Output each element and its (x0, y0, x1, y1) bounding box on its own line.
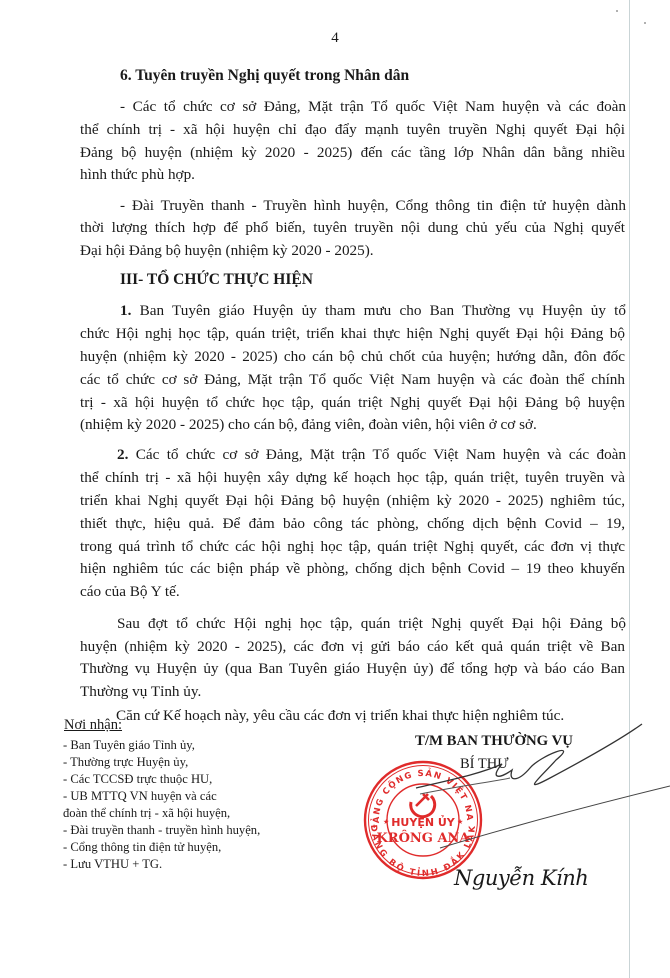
recipient-item: đoàn thể chính trị - xã hội huyện, (63, 805, 230, 822)
item-1-first-line: 1. Ban Tuyên giáo Huyện ủy tham mưu cho … (120, 301, 626, 321)
recipient-item: - Đài truyền thanh - truyền hình huyện, (63, 822, 260, 839)
signature-on-behalf: T/M BAN THƯỜNG VỤ (415, 733, 573, 750)
text-line: - Đài Truyền thanh - Truyền hình huyện, … (120, 196, 626, 216)
text-line: chức Hội nghị học tập, quán triệt, triển… (80, 324, 625, 344)
signer-name: Nguyễn Kính (454, 866, 588, 890)
item-2-first-line: 2. Các tổ chức cơ sở Đảng, Mặt trận Tổ q… (117, 445, 626, 465)
stamp-center-line1: HUYỆN ỦY (391, 815, 456, 829)
text-line: hình thức phù hợp. (80, 165, 625, 185)
text-line: hiện nghiêm túc các biện pháp về phòng, … (80, 559, 625, 579)
text-line: các tổ chức cơ sở Đảng, Mặt trận Tổ quốc… (80, 370, 625, 390)
text-line: Thường vụ Huyện ủy (qua Ban Tuyên giáo H… (80, 659, 625, 679)
text-line: (nhiệm kỳ 2020 - 2025) cho cán bộ, đảng … (80, 415, 625, 435)
svg-text:★: ★ (457, 818, 463, 826)
text-line: triển khai Nghị quyết Đại hội Đảng bộ hu… (80, 491, 625, 511)
document-page: 4 6. Tuyên truyền Nghị quyết trong Nhân … (0, 0, 670, 978)
recipient-item: - UB MTTQ VN huyện và các (63, 788, 217, 805)
recipient-item: - Thường trực Huyện ủy, (63, 754, 188, 771)
text-line: - Các tổ chức cơ sở Đảng, Mặt trận Tổ qu… (120, 97, 626, 117)
text-line: Sau đợt tổ chức Hội nghị học tập, quán t… (117, 614, 626, 634)
recipients-title: Nơi nhận: (64, 717, 122, 734)
recipient-item: - Cổng thông tin điện tử huyện, (63, 839, 221, 856)
recipient-item: - Lưu VTHU + TG. (63, 856, 162, 873)
page-edge-line (629, 0, 630, 978)
text-line: trong quá trình tổ chức các hội nghị học… (80, 537, 625, 557)
recipient-item: - Các TCCSĐ trực thuộc HU, (63, 771, 212, 788)
text-line: cáo của Bộ Y tế. (80, 582, 625, 602)
item-2-number: 2. (117, 446, 128, 463)
scan-speck (616, 10, 618, 12)
text-line: Thường vụ Tỉnh ủy. (80, 682, 625, 702)
text-line: thiết thực, hiệu quả. Để đảm bảo công tá… (80, 514, 625, 534)
text-line: Đại hội Đảng bộ huyện (nhiệm kỳ 2020 - 2… (80, 241, 625, 261)
scan-speck (644, 22, 646, 24)
item-1-number: 1. (120, 302, 131, 319)
closing-line: Căn cứ Kế hoạch này, yêu cầu các đơn vị … (116, 706, 626, 726)
text-line: huyện (nhiệm kỳ 2020 - 2025) cho cán bộ … (80, 347, 625, 367)
recipient-item: - Ban Tuyên giáo Tỉnh ủy, (63, 737, 195, 754)
text-line: trị - xã hội huyện tổ chức học tập, quán… (80, 393, 625, 413)
text-line: thể chính trị - xã hội huyện xây dựng kế… (80, 468, 625, 488)
stamp-center-line2: KRÔNG ANA (377, 829, 471, 846)
svg-text:ĐẢNG CỘNG SẢN VIỆT NAM: ĐẢNG CỘNG SẢN VIỆT NAM (361, 758, 474, 823)
svg-text:★: ★ (383, 818, 389, 826)
stamp-top-text: ĐẢNG CỘNG SẢN VIỆT NAM (361, 758, 474, 823)
text-line: Đảng bộ huyện (nhiệm kỳ 2020 - 2025) đến… (80, 143, 625, 163)
page-number: 4 (0, 30, 670, 47)
text-line: huyện (nhiệm kỳ 2020 - 2025), các đơn vị… (80, 637, 625, 657)
section-3-heading: III- TỔ CHỨC THỰC HIỆN (120, 271, 313, 289)
text-line: thể chính trị - xã hội huyện chỉ đạo đẩy… (80, 120, 625, 140)
text-line: thời lượng thích hợp để phổ biến, tuyên … (80, 218, 625, 238)
official-stamp: ĐẢNG CỘNG SẢN VIỆT NAM ĐẢNG BỘ TỈNH ĐẮK … (361, 758, 485, 882)
section-6-heading: 6. Tuyên truyền Nghị quyết trong Nhân dâ… (120, 67, 409, 85)
